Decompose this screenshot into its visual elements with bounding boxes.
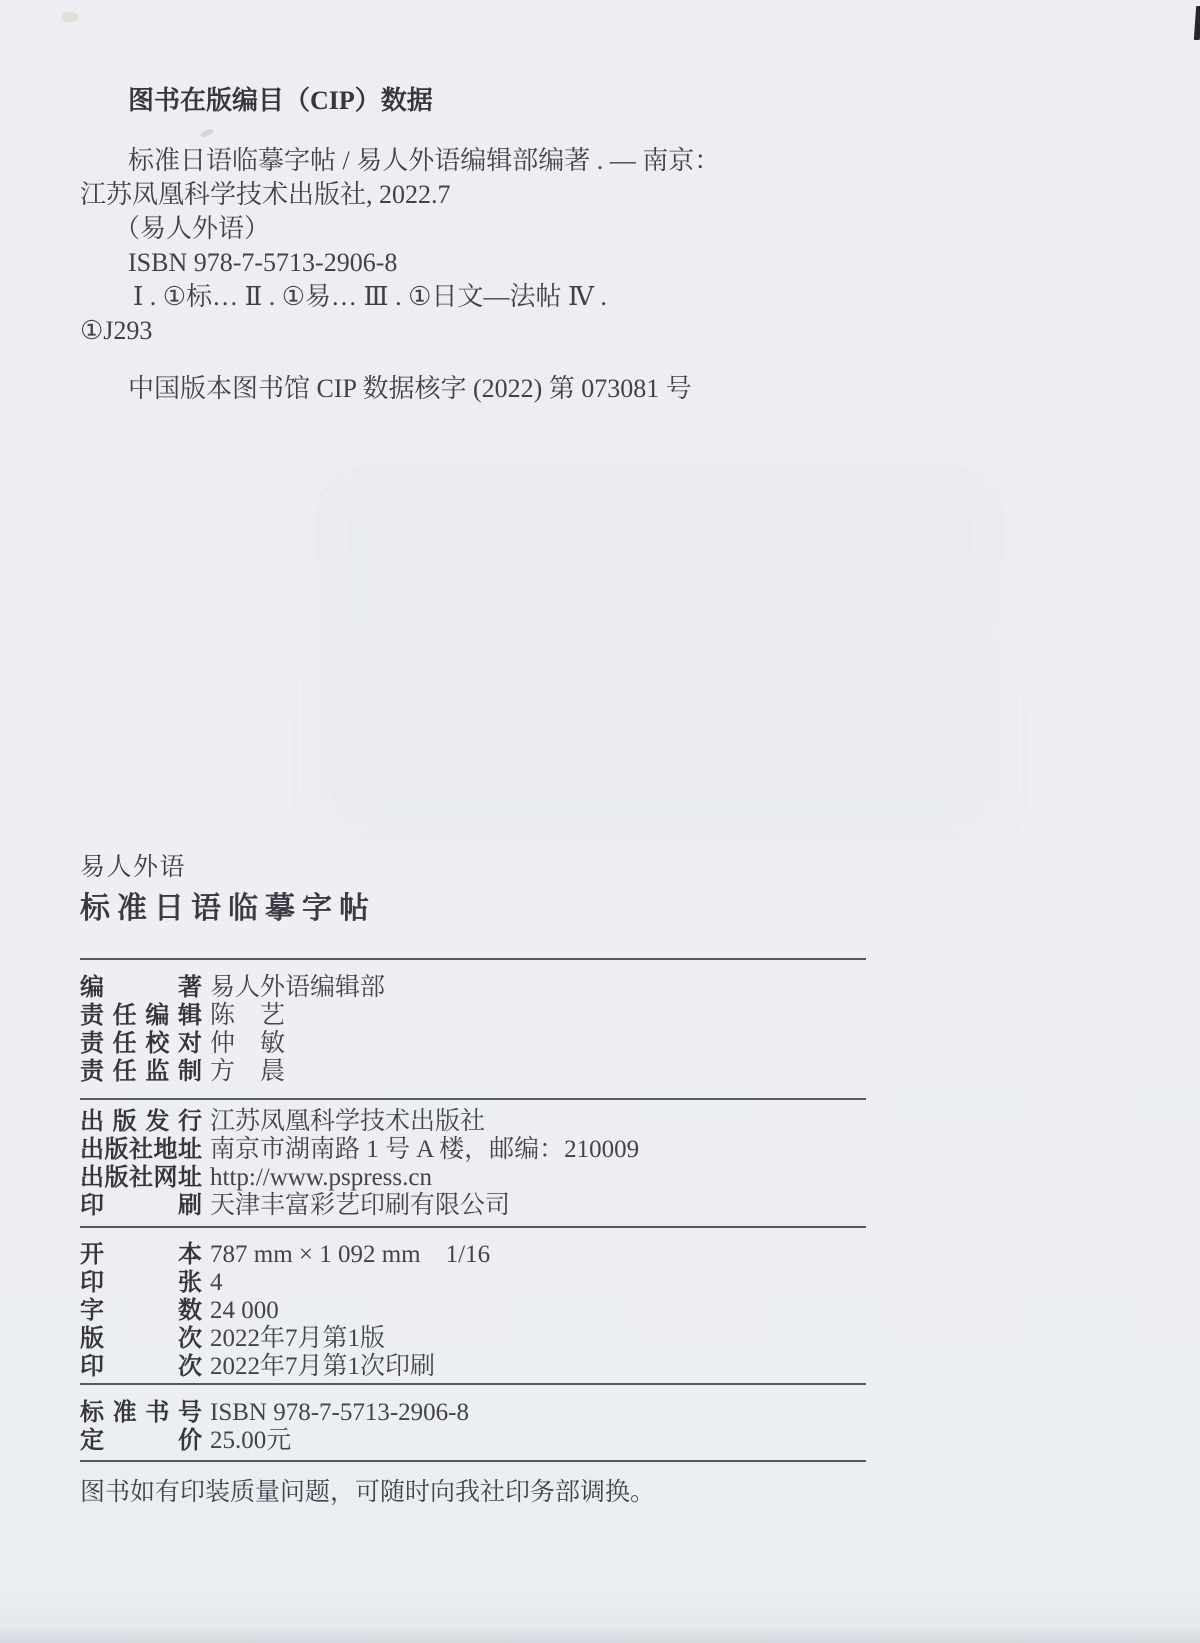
row-label: 版次	[80, 1325, 202, 1353]
row-publisher: 出版发行 江苏凤凰科学技术出版社	[80, 1108, 866, 1136]
row-label: 编著	[80, 974, 202, 1002]
row-value: 方 晨	[210, 1058, 285, 1086]
row-value: 江苏凤凰科学技术出版社	[210, 1108, 485, 1136]
colophon-block: 易人外语 标准日语临摹字帖 编著 易人外语编辑部 责任编辑 陈 艺 责任校对 仲…	[80, 850, 866, 1508]
cip-registration-line: 中国版本图书馆 CIP 数据核字 (2022) 第 073081 号	[80, 372, 720, 406]
cip-classification-line-2: ①J293	[80, 314, 720, 348]
scanned-copyright-page: 图书在版编目（CIP）数据 标准日语临摹字帖 / 易人外语编辑部编著 . — 南…	[0, 0, 1200, 1643]
row-value: 787 mm × 1 092 mm 1/16	[210, 1241, 490, 1269]
series-name: 易人外语	[80, 850, 866, 884]
row-value: 2022年7月第1次印刷	[210, 1353, 435, 1381]
cip-publisher-line: 江苏凤凰科学技术出版社, 2022.7	[80, 178, 720, 212]
row-responsible-editor: 责任编辑 陈 艺	[80, 1002, 866, 1030]
row-value: 25.00元	[210, 1427, 291, 1455]
row-author: 编著 易人外语编辑部	[80, 974, 866, 1002]
row-label: 出版社地址	[80, 1136, 202, 1164]
row-value: 天津丰富彩艺印刷有限公司	[210, 1192, 510, 1220]
row-label: 标准书号	[80, 1399, 202, 1427]
row-label: 开本	[80, 1241, 202, 1269]
scan-smudge-top-left	[62, 12, 78, 22]
row-label: 责任编辑	[80, 1002, 202, 1030]
row-printed-sheets: 印张 4	[80, 1269, 866, 1297]
row-label: 印次	[80, 1353, 202, 1381]
row-publisher-address: 出版社地址 南京市湖南路 1 号 A 楼，邮编：210009	[80, 1136, 866, 1164]
row-value: 南京市湖南路 1 号 A 楼，邮编：210009	[210, 1136, 639, 1164]
quality-notice: 图书如有印装质量问题，可随时向我社印务部调换。	[80, 1478, 866, 1508]
cip-classification-line-1: Ⅰ . ①标… Ⅱ . ①易… Ⅲ . ①日文—法帖 Ⅳ .	[80, 280, 720, 314]
colophon-group-staff: 编著 易人外语编辑部 责任编辑 陈 艺 责任校对 仲 敏 责任监制 方 晨	[80, 958, 866, 1098]
row-label: 印刷	[80, 1192, 202, 1220]
row-label: 出版社网址	[80, 1164, 202, 1192]
row-value: 4	[210, 1269, 223, 1297]
row-printer: 印刷 天津丰富彩艺印刷有限公司	[80, 1192, 866, 1220]
row-label: 责任校对	[80, 1030, 202, 1058]
cip-series-line: （易人外语）	[80, 212, 720, 246]
row-value: http://www.pspress.cn	[210, 1164, 432, 1192]
row-format: 开本 787 mm × 1 092 mm 1/16	[80, 1241, 866, 1269]
cip-header: 图书在版编目（CIP）数据	[128, 84, 720, 118]
row-value: 24 000	[210, 1297, 279, 1325]
row-proofreader: 责任校对 仲 敏	[80, 1030, 866, 1058]
colophon-group-publisher: 出版发行 江苏凤凰科学技术出版社 出版社地址 南京市湖南路 1 号 A 楼，邮编…	[80, 1098, 866, 1226]
cip-isbn-line: ISBN 978-7-5713-2906-8	[80, 246, 720, 280]
row-label: 定价	[80, 1427, 202, 1455]
scan-edge-bottom	[0, 1627, 1200, 1643]
row-label: 字数	[80, 1297, 202, 1325]
cip-block: 图书在版编目（CIP）数据 标准日语临摹字帖 / 易人外语编辑部编著 . — 南…	[80, 84, 720, 406]
book-title: 标准日语临摹字帖	[80, 888, 866, 930]
page-showthrough-ghost	[320, 470, 1000, 840]
row-standard-book-number: 标准书号 ISBN 978-7-5713-2906-8	[80, 1399, 866, 1427]
cip-title-line: 标准日语临摹字帖 / 易人外语编辑部编著 . — 南京：	[80, 144, 720, 178]
row-value: 易人外语编辑部	[210, 974, 385, 1002]
row-value: ISBN 978-7-5713-2906-8	[210, 1399, 469, 1427]
row-label: 印张	[80, 1269, 202, 1297]
row-publisher-website: 出版社网址 http://www.pspress.cn	[80, 1164, 866, 1192]
scan-artifact-top-right	[1194, 6, 1200, 40]
colophon-group-print-specs: 开本 787 mm × 1 092 mm 1/16 印张 4 字数 24 000…	[80, 1226, 866, 1383]
row-label: 责任监制	[80, 1058, 202, 1086]
row-price: 定价 25.00元	[80, 1427, 866, 1455]
row-edition: 版次 2022年7月第1版	[80, 1325, 866, 1353]
row-value: 2022年7月第1版	[210, 1325, 385, 1353]
row-production-supervisor: 责任监制 方 晨	[80, 1058, 866, 1086]
colophon-group-isbn-price: 标准书号 ISBN 978-7-5713-2906-8 定价 25.00元	[80, 1383, 866, 1462]
row-value: 陈 艺	[210, 1002, 285, 1030]
row-impression: 印次 2022年7月第1次印刷	[80, 1353, 866, 1381]
row-value: 仲 敏	[210, 1030, 285, 1058]
row-label: 出版发行	[80, 1108, 202, 1136]
row-word-count: 字数 24 000	[80, 1297, 866, 1325]
